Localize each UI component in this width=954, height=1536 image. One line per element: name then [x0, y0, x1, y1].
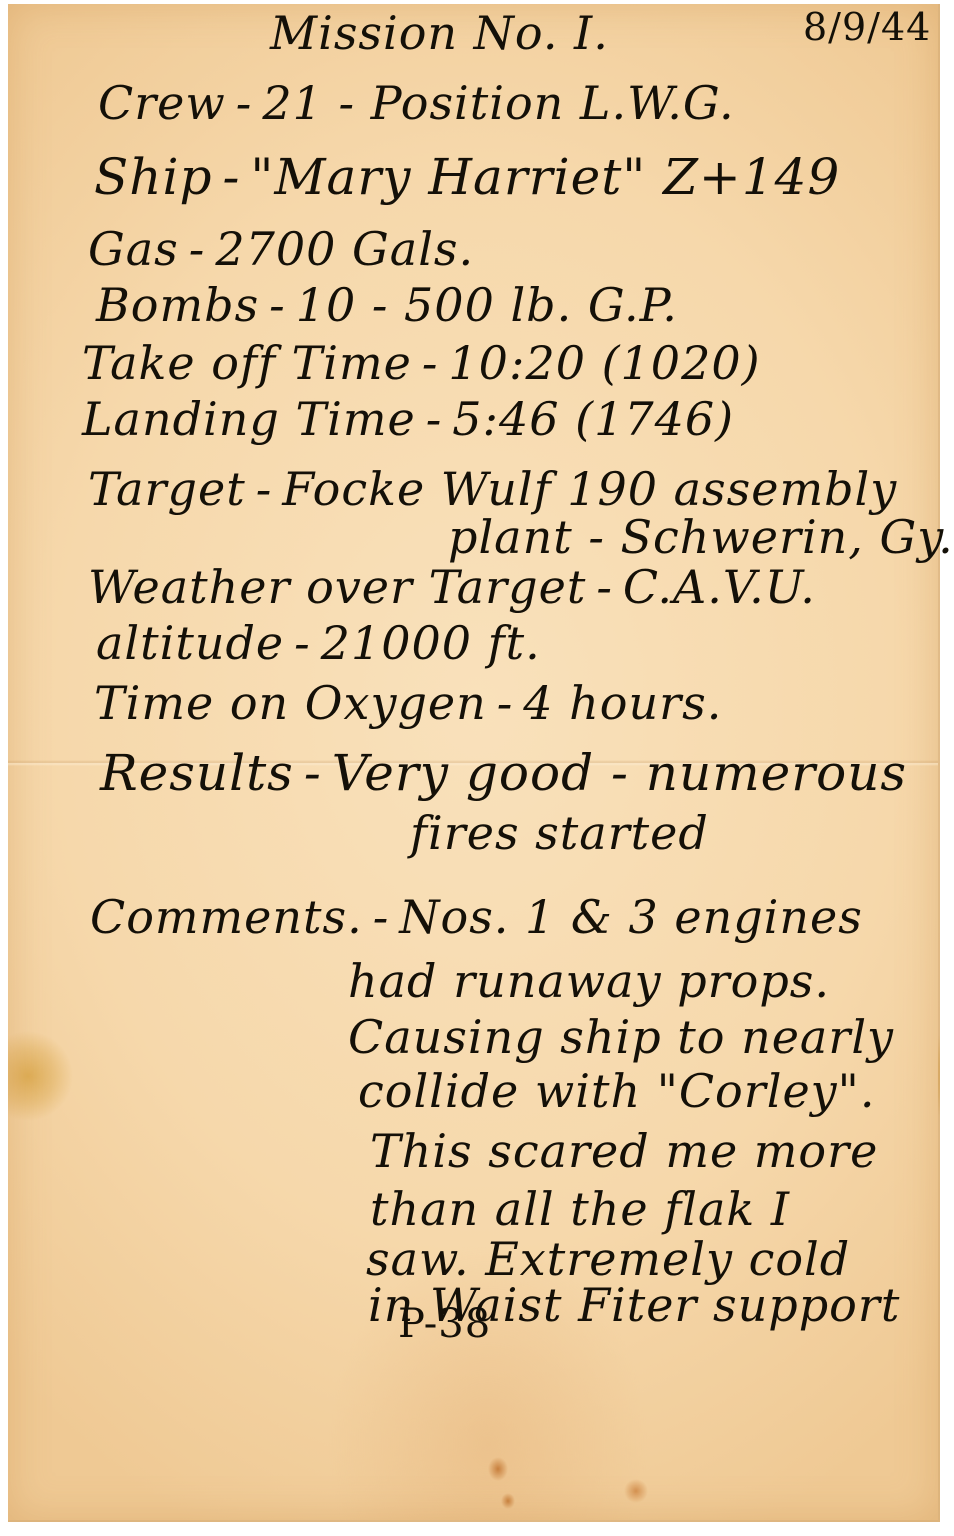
field-take-off-time: Take off Time-10:20 (1020): [82, 340, 761, 386]
comments-first-line: Comments.-Nos. 1 & 3 engines: [90, 894, 863, 940]
comment-line: than all the flak I: [370, 1186, 790, 1232]
field-time-on-oxygen: Time on Oxygen-4 hours.: [94, 680, 722, 726]
field-value: 10:20 (1020): [448, 336, 760, 390]
field-altitude: altitude-21000 ft.: [96, 620, 541, 666]
field-value: 10 - 500 lb. G.P.: [296, 278, 678, 332]
field-label: Landing Time: [82, 392, 416, 446]
field-landing-time: Landing Time-5:46 (1746): [82, 396, 734, 442]
comment-line-aircraft: P-38: [398, 1304, 491, 1344]
field-label: Target: [88, 462, 246, 516]
field-separator: -: [426, 392, 443, 446]
comment-line: had runaway props.: [348, 958, 830, 1004]
field-label: Bombs: [96, 278, 259, 332]
comment-line: This scared me more: [370, 1128, 878, 1174]
field-value: C.A.V.U.: [623, 560, 816, 614]
field-label: Take off Time: [82, 336, 412, 390]
handwritten-mission-log-page: Mission No. I. 8/9/44 Crew-21 - Position…: [8, 4, 940, 1522]
field-results: Results-Very good - numerous: [100, 748, 907, 798]
field-value: 21 - Position L.W.G.: [262, 76, 734, 130]
field-separator: -: [497, 676, 514, 730]
field-label: Crew: [98, 76, 226, 130]
field-label: Time on Oxygen: [94, 676, 487, 730]
field-bombs: Bombs-10 - 500 lb. G.P.: [96, 282, 678, 328]
field-separator: -: [294, 616, 311, 670]
field-value: 5:46 (1746): [452, 392, 734, 446]
field-separator: -: [304, 744, 322, 802]
field-separator: -: [222, 148, 240, 206]
field-value: 21000 ft.: [321, 616, 541, 670]
comment-line: saw. Extremely cold: [366, 1236, 850, 1282]
field-separator: -: [189, 222, 206, 276]
comment-line: Causing ship to nearly: [348, 1014, 894, 1060]
field-target: Target-Focke Wulf 190 assembly: [88, 466, 897, 512]
field-ship: Ship-"Mary Harriet" Z+149: [94, 152, 840, 202]
comments-separator: -: [373, 890, 390, 944]
field-separator: -: [269, 278, 286, 332]
field-separator: -: [596, 560, 613, 614]
field-separator: -: [256, 462, 273, 516]
field-value: Focke Wulf 190 assembly: [282, 462, 897, 516]
field-label: Ship: [94, 148, 212, 206]
field-gas: Gas-2700 Gals.: [88, 226, 474, 272]
field-label: Weather over Target: [88, 560, 586, 614]
field-label: altitude: [96, 616, 284, 670]
field-label: Results: [100, 744, 294, 802]
comment-line: Nos. 1 & 3 engines: [399, 890, 863, 944]
mission-title: Mission No. I.: [270, 10, 609, 56]
field-weather-over-target: Weather over Target-C.A.V.U.: [88, 564, 816, 610]
field-separator: -: [422, 336, 439, 390]
field-label: Gas: [88, 222, 179, 276]
mission-date: 8/9/44: [803, 8, 931, 46]
comments-label: Comments.: [90, 890, 363, 944]
field-value: 2700 Gals.: [215, 222, 474, 276]
field-value: 4 hours.: [523, 676, 722, 730]
field-results-continuation: fires started: [410, 810, 709, 856]
field-target-continuation: plant - Schwerin, Gy.: [448, 514, 954, 560]
field-crew: Crew-21 - Position L.W.G.: [98, 80, 735, 126]
comment-line: collide with "Corley".: [358, 1068, 875, 1114]
field-value: Very good - numerous: [332, 744, 907, 802]
field-value: "Mary Harriet" Z+149: [250, 148, 840, 206]
field-separator: -: [236, 76, 253, 130]
